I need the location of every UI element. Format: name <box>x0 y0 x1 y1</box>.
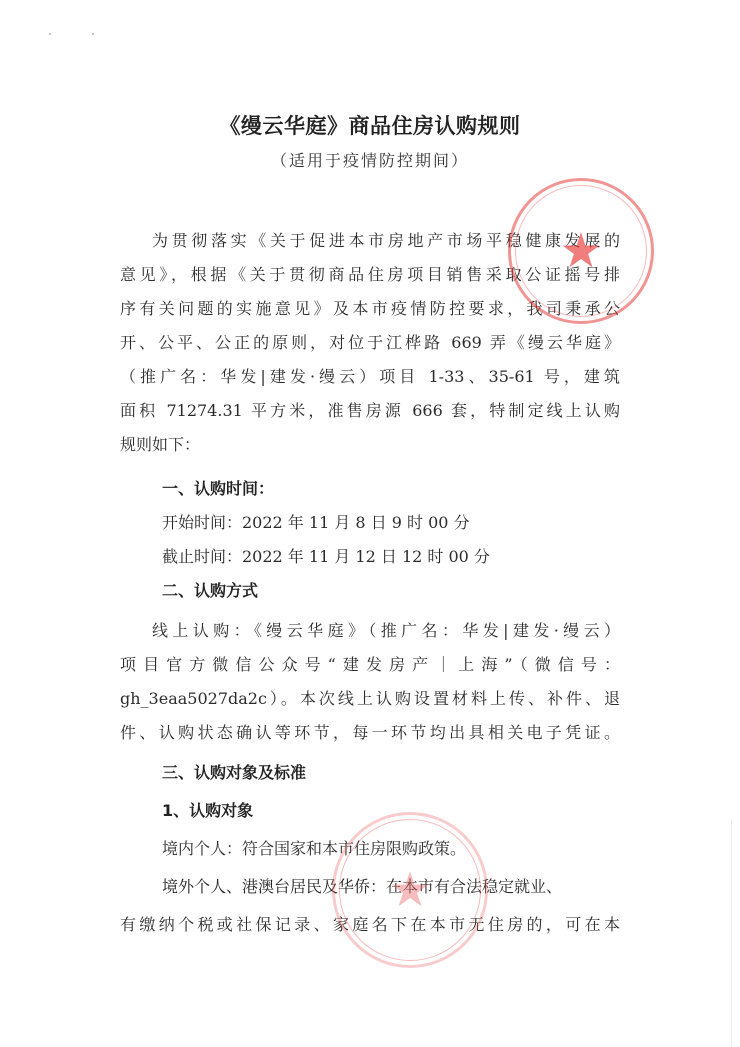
scan-speck <box>49 33 51 35</box>
document-subtitle: （适用于疫情防控期间） <box>0 148 740 171</box>
end-time: 截止时间：2022 年 11 月 12 日 12 时 00 分 <box>162 547 662 567</box>
method-line: gh_3eaa5027da2c）。本次线上认购设置材料上传、补件、退 <box>120 689 620 709</box>
intro-line: 开、公平、公正的原则，对位于江桦路 669 弄《缦云华庭》 <box>120 333 620 353</box>
domestic-rule: 境内个人：符合国家和本市住房限购政策。 <box>162 839 662 859</box>
overseas-text: 在本市有合法稳定就业、 <box>386 877 562 896</box>
section-heading-eligibility: 三、认购对象及标准 <box>162 763 662 783</box>
document-title: 《缦云华庭》商品住房认购规则 <box>0 110 740 140</box>
method-line: 项目官方微信公众号“建发房产｜上海”（微信号： <box>120 655 620 675</box>
method-line: 件、认购状态确认等环节，每一环节均出具相关电子凭证。 <box>120 723 620 743</box>
intro-line: 意见》，根据《关于贯彻商品住房项目销售采取公证摇号排 <box>120 265 620 285</box>
overseas-label: 境外个人、港澳台居民及华侨： <box>162 877 386 896</box>
intro-line: 规则如下： <box>120 435 620 455</box>
intro-line: 面积 71274.31 平方米，准售房源 666 套，特制定线上认购 <box>120 401 620 421</box>
overseas-rule: 境外个人、港澳台居民及华侨：在本市有合法稳定就业、 <box>162 877 620 897</box>
intro-line: 序有关问题的实施意见》及本市疫情防控要求，我司秉承公 <box>120 299 620 319</box>
method-line: 线上认购：《缦云华庭》（推广名：华发|建发·缦云） <box>152 621 620 641</box>
document-page: 《缦云华庭》商品住房认购规则 （适用于疫情防控期间） 为贯彻落实《关于促进本市房… <box>0 0 740 1047</box>
start-time: 开始时间：2022 年 11 月 8 日 9 时 00 分 <box>162 513 662 533</box>
subsection-heading-buyers: 1、认购对象 <box>162 801 662 821</box>
scan-edge-line <box>731 820 732 1047</box>
section-heading-method: 二、认购方式 <box>162 581 662 601</box>
section-heading-time: 一、认购时间： <box>162 479 662 499</box>
scan-speck <box>92 33 94 35</box>
intro-line: （推广名：华发|建发·缦云）项目 1-33、35-61 号，建筑 <box>120 367 620 387</box>
overseas-rule-continued: 有缴纳个税或社保记录、家庭名下在本市无住房的，可在本 <box>120 915 620 935</box>
intro-line: 为贯彻落实《关于促进本市房地产市场平稳健康发展的 <box>152 231 620 251</box>
